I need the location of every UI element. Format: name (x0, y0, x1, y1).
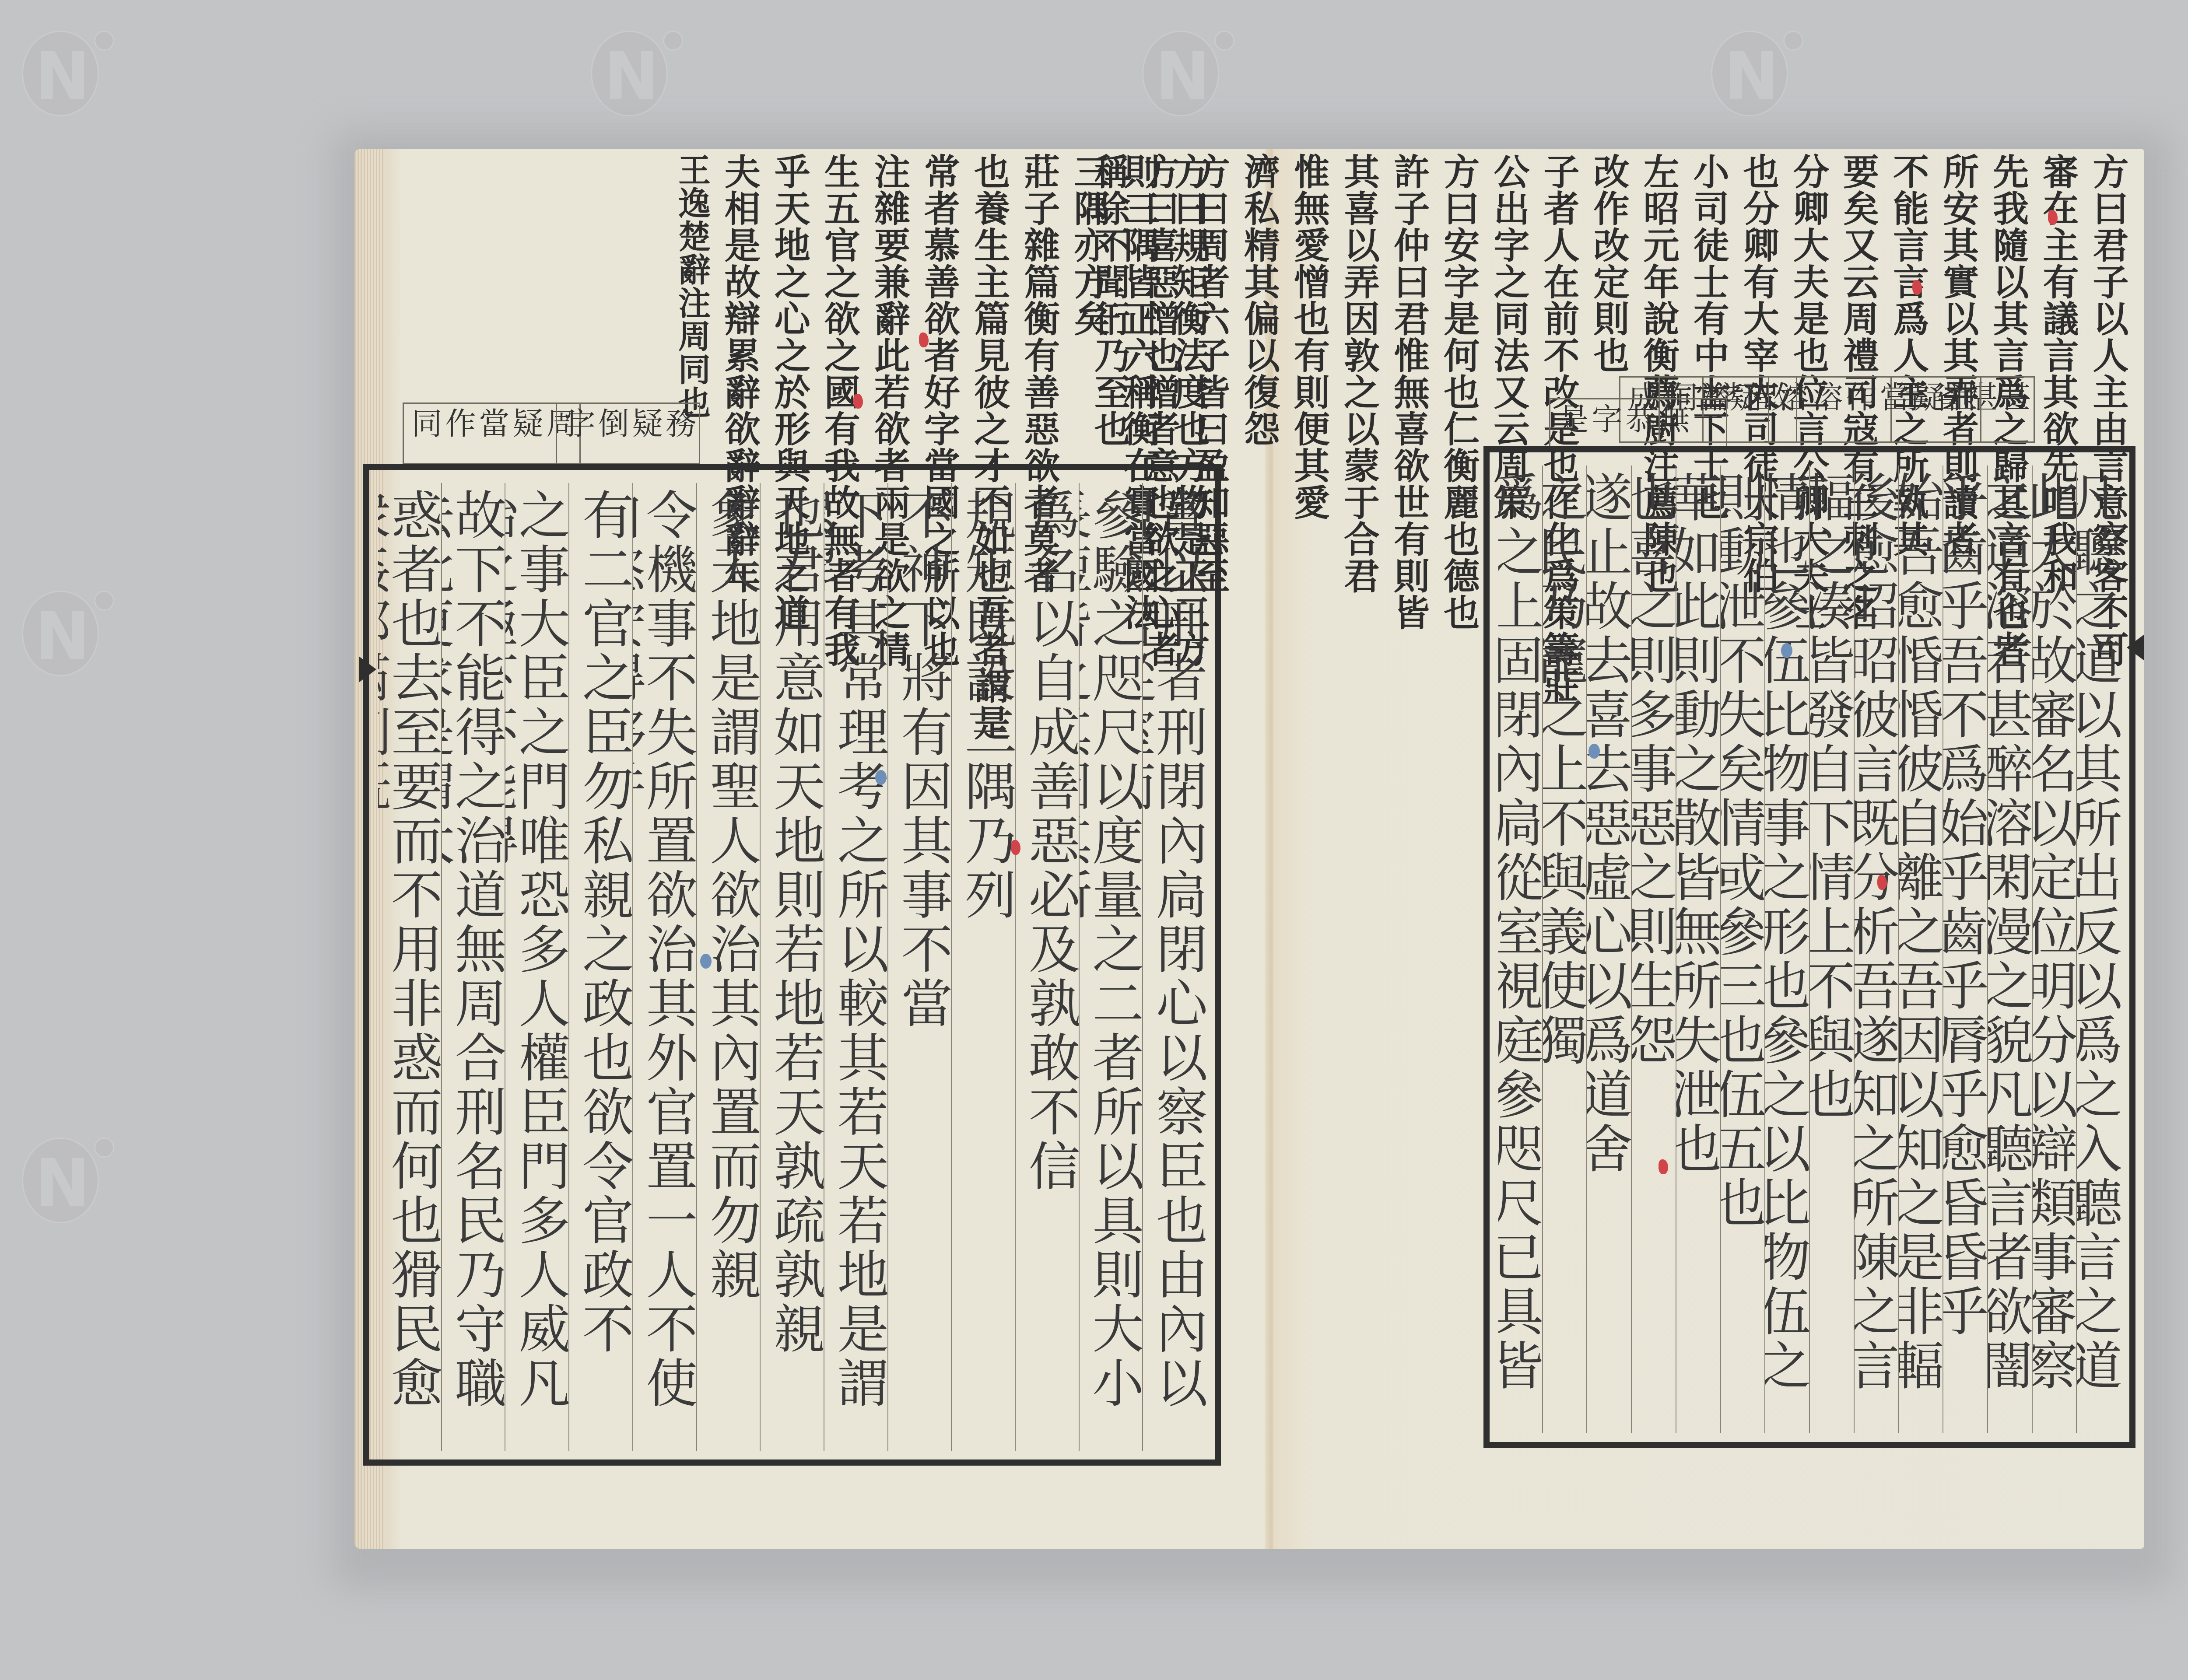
watermark-logo: N (9, 13, 118, 122)
emendation-box: 一無恭字是 (1549, 398, 1727, 451)
main-text-column: 也喜之則多事惡之則生怨 (1631, 465, 1676, 1433)
main-text-column: 爲之上固閉內扃從室視庭參咫尺已具皆之其處以賞者 (1498, 465, 1542, 1433)
main-text-column: 華如此則動之散皆無所失泄也 (1676, 465, 1720, 1433)
main-text-column: 後愈昭昭彼言既分析吾遂知之所陳之言或是或非 (1854, 465, 1898, 1433)
annotation-column: 方曰安字是何也仁衡麗也德也 (1440, 153, 1478, 704)
red-kunten-mark (2048, 210, 2058, 225)
red-kunten-mark (1912, 280, 1922, 295)
watermark-logo: N (1129, 13, 1238, 122)
red-kunten-mark (1011, 840, 1020, 855)
watermark-logo: N (578, 13, 687, 122)
main-text-column: 之民乃寵之上不與義使獨 (1542, 465, 1587, 1433)
annotation-column: 其喜以弄因敦之以蒙于合君 (1340, 153, 1378, 704)
watermark-logo: N (1698, 13, 1807, 122)
main-text-column: 情也參伍比物事之形也參之以比物伍之以合虛 (1764, 465, 1809, 1433)
red-kunten-mark (1659, 1159, 1668, 1174)
main-text-column: 此大於故審名以定位明分以辯類事審察其名則事位自定 (2032, 465, 2076, 1433)
red-kunten-mark (1877, 875, 1887, 890)
right-page: 方曰君子以人主由言意察客不可 審在主有議言其欲先唱我和 先我隨以其言爲之歸其言有… (1273, 149, 2144, 1549)
blue-kunten-mark (875, 770, 887, 785)
annotation-column: 惟無愛憎也有則便其愛 (1290, 153, 1328, 704)
blue-kunten-mark (1781, 643, 1792, 658)
annotation-column: 方曰周者六子皆曰盈知惡至 (1190, 153, 1228, 704)
open-book: 方曰規矩衡法度也方物是正三方 則三隅皆正六稱衡在實當國法 三隅亦方矣 莊子雜篇衡… (354, 149, 2144, 1549)
main-text-column: 乎齒乎吾不爲始乎齒乎脣乎愈昏昏乎 (1943, 465, 1987, 1433)
main-text-column: 輻之湊皆發自下情上不與也 (1809, 465, 1854, 1433)
main-text-column: 遂止故去喜去惡虛心以爲道舍 (1586, 465, 1631, 1433)
main-text-column: 之道溶若甚醉溶閑漫之貌凡聽言者欲闇以招明愚以求 (1987, 465, 2032, 1433)
main-text-column: 凡聽之道以其所出反以爲之入聽言之道或有未審必出 (2076, 465, 2121, 1433)
right-main-text-frame: 凡聽之道以其所出反以爲之入聽言之道或有未審必出 此大於故審名以定位明分以辯類事審… (1483, 446, 2135, 1448)
annotation-column: 許子仲曰君惟無喜欲世有則皆 (1390, 153, 1428, 704)
annotation-column: 方曰喜惡憎也憎者意也欲之心者 (1140, 153, 1178, 704)
blue-kunten-mark (1588, 744, 1600, 759)
annotation-column: 濟私精其偏以復怨 (1240, 153, 1278, 704)
main-text-column: 始吾愈惛惛彼自離之吾因以知之是非輻湊上不與構 (1898, 465, 1943, 1433)
blue-kunten-mark (700, 954, 712, 969)
main-text-column: 則動泄不失矣情或參三也伍五也 (1720, 465, 1765, 1433)
watermark-logo: N (9, 1120, 118, 1229)
annotation-column: 稱除不聞衎乃至也 (1090, 153, 1128, 704)
fish-tail-mark (2127, 634, 2144, 661)
